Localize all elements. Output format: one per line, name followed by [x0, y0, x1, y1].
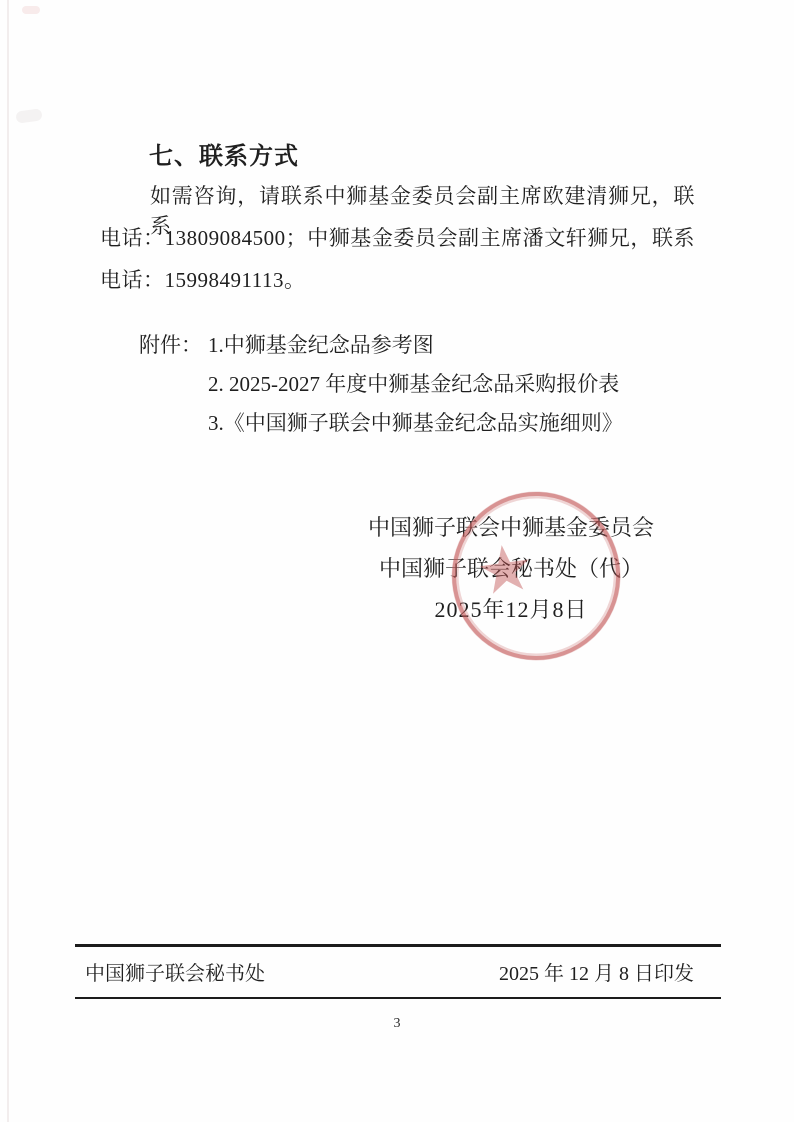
- paragraph-line: 电话：15998491113。: [100, 265, 305, 295]
- page-number: 3: [0, 1016, 794, 1032]
- signature-date: 2025年12月8日: [340, 596, 682, 624]
- footer-rule-bottom: [75, 997, 721, 999]
- attachment-item: 1.中狮基金纪念品参考图: [208, 329, 434, 359]
- signature-block: 中国狮子联会中狮基金委员会 中国狮子联会秘书处（代） 2025年12月8日: [340, 514, 682, 637]
- attachments-label: 附件：: [139, 329, 202, 359]
- signature-org-line2: 中国狮子联会秘书处（代）: [340, 555, 682, 583]
- section-heading: 七、联系方式: [149, 136, 299, 171]
- signature-org-line1: 中国狮子联会中狮基金委员会: [340, 514, 682, 542]
- paragraph-line: 电话：13809084500；中狮基金委员会副主席潘文轩狮兄，联系: [100, 223, 695, 253]
- attachment-item: 2. 2025-2027 年度中狮基金纪念品采购报价表: [208, 368, 619, 398]
- scan-smudge-red-artifact: [22, 6, 40, 14]
- scan-smudge-artifact: [15, 108, 42, 124]
- scan-edge-artifact: [7, 0, 9, 1122]
- attachment-item: 3.《中国狮子联会中狮基金纪念品实施细则》: [208, 407, 623, 437]
- document-page: 七、联系方式 如需咨询，请联系中狮基金委员会副主席欧建清狮兄，联系 电话：138…: [0, 0, 794, 1122]
- footer-print-date: 2025 年 12 月 8 日印发: [499, 957, 694, 986]
- footer-issuer: 中国狮子联会秘书处: [85, 957, 265, 986]
- footer-rule-top: [75, 944, 721, 947]
